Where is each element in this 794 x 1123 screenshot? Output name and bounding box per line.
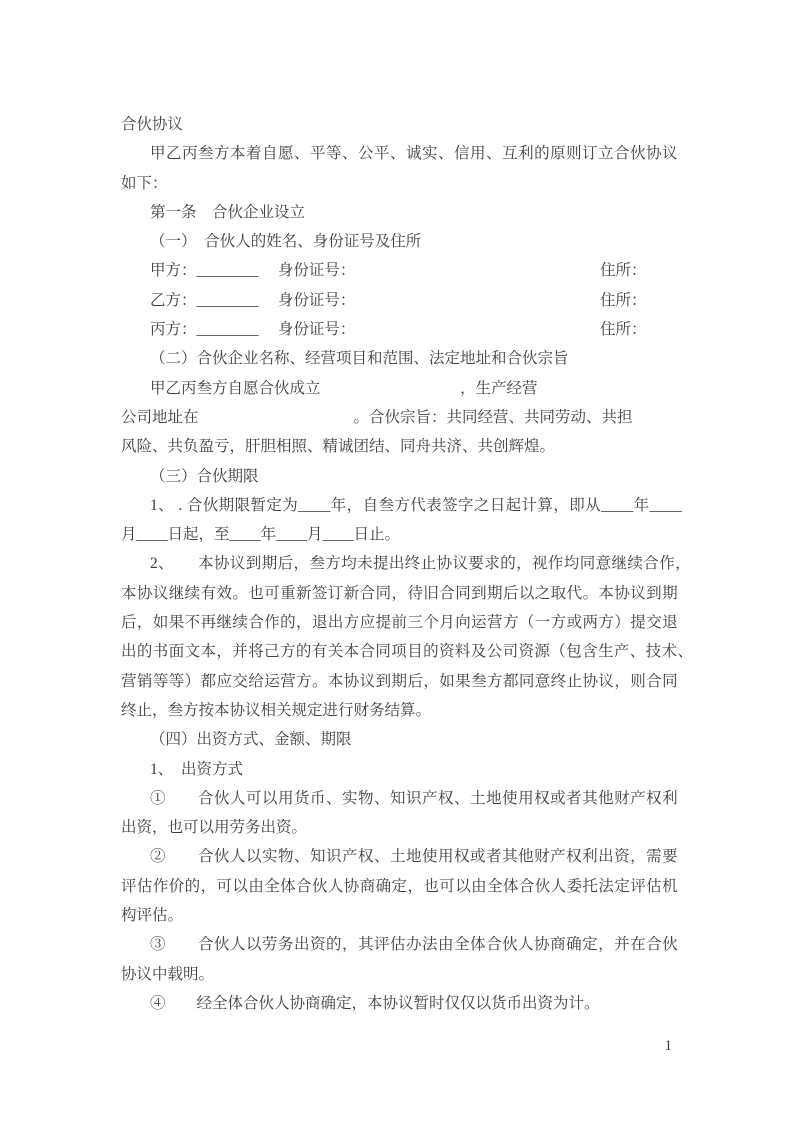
text-line: 2、 本协议到期后，叁方均未提出终止协议要求的，视作均同意继续合作， — [121, 549, 678, 578]
party-left-text: 乙方：________ 身份证号： — [150, 292, 355, 309]
text-line: 终止，叁方按本协议相关规定进行财务结算。 — [121, 696, 678, 725]
text-line: 公司地址在 。合伙宗旨：共同经营、共同劳动、共担 — [121, 403, 678, 432]
text-line: 风险、共负盈亏，肝胆相照、精诚团结、同舟共济、共创辉煌。 — [121, 432, 678, 461]
text-line: 协议中载明。 — [121, 960, 678, 989]
text-line: （四）出资方式、金额、期限 — [121, 725, 678, 754]
text-line: （二）合伙企业名称、经营项目和范围、法定地址和合伙宗旨 — [121, 344, 678, 373]
text-line: 甲乙丙叁方自愿合伙成立 ，生产经营 — [121, 374, 678, 403]
document-body: 合伙协议 甲乙丙叁方本着自愿、平等、公平、诚实、信用、互利的原则订立合伙协议如下… — [121, 110, 678, 1018]
party-row: 丙方：________ 身份证号：住所： — [121, 315, 678, 344]
text-line: ③ 合伙人以劳务出资的，其评估办法由全体合伙人协商确定，并在合伙 — [121, 930, 678, 959]
text-line: ② 合伙人以实物、知识产权、土地使用权或者其他财产权利出资，需要 — [121, 842, 678, 871]
text-line: 评估作价的，可以由全体合伙人协商确定，也可以由全体合伙人委托法定评估机 — [121, 872, 678, 901]
document-text-lines: 甲乙丙叁方本着自愿、平等、公平、诚实、信用、互利的原则订立合伙协议如下：第一条 … — [121, 139, 678, 1018]
text-line: 本协议继续有效。也可重新签订新合同，待旧合同到期后以之取代。本协议到期 — [121, 579, 678, 608]
text-line: 月____日起，至____年____月____日止。 — [121, 520, 678, 549]
text-line: 出资，也可以用劳务出资。 — [121, 813, 678, 842]
document-page: { "page": { "background": "#ffffff", "te… — [0, 0, 794, 1123]
party-left-text: 甲方：________ 身份证号： — [150, 262, 355, 279]
text-line: 后，如果不再继续合作的，退出方应提前三个月向运营方（一方或两方）提交退 — [121, 608, 678, 637]
text-line: 构评估。 — [121, 901, 678, 930]
party-right-text: 住所： — [600, 286, 647, 315]
text-line: 甲乙丙叁方本着自愿、平等、公平、诚实、信用、互利的原则订立合伙协议 — [121, 139, 678, 168]
text-line: 1、 出资方式 — [121, 755, 678, 784]
text-line: 营销等等）都应交给运营方。本协议到期后，如果叁方都同意终止协议，则合同 — [121, 667, 678, 696]
text-line: 如下： — [121, 169, 678, 198]
party-row: 乙方：________ 身份证号：住所： — [121, 286, 678, 315]
text-line: （三）合伙期限 — [121, 462, 678, 491]
text-line: 出的书面文本，并将己方的有关本合同项目的资料及公司资源（包含生产、技术、 — [121, 637, 678, 666]
party-row: 甲方：________ 身份证号：住所： — [121, 256, 678, 285]
party-left-text: 丙方：________ 身份证号： — [150, 321, 355, 338]
party-right-text: 住所： — [600, 256, 647, 285]
text-line: ① 合伙人可以用货币、实物、知识产权、土地使用权或者其他财产权利 — [121, 784, 678, 813]
text-line: 1、 . 合伙期限暂定为____年，自叁方代表签字之日起计算，即从____年__… — [121, 491, 678, 520]
text-line: （一） 合伙人的姓名、身份证号及住所 — [121, 227, 678, 256]
party-right-text: 住所： — [600, 315, 647, 344]
text-line: ④ 经全体合伙人协商确定，本协议暂时仅仅以货币出资为计。 — [121, 989, 678, 1018]
document-title: 合伙协议 — [121, 110, 678, 139]
page-number: 1 — [121, 1036, 678, 1056]
text-line: 第一条 合伙企业设立 — [121, 198, 678, 227]
